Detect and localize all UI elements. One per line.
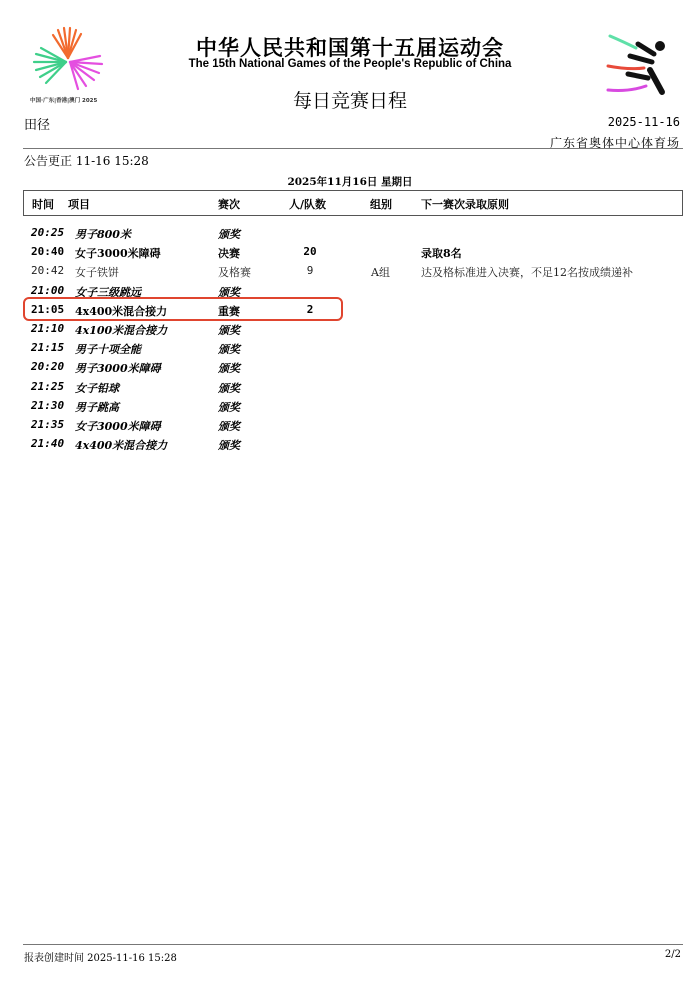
row-event: 4x400米混合接力 — [75, 437, 167, 453]
row-event: 女子3000米障碍 — [75, 245, 161, 261]
day-label: 2025年11月16日 星期日 — [0, 174, 700, 189]
table-row: 20:25男子800米颁奖 — [0, 224, 700, 243]
header-round: 赛次 — [218, 196, 240, 212]
row-round: 颁奖 — [218, 341, 240, 357]
row-event: 男子跳高 — [75, 399, 119, 415]
row-round: 颁奖 — [218, 226, 240, 242]
table-row: 21:30男子跳高颁奖 — [0, 397, 700, 416]
header-event: 项目 — [68, 196, 90, 212]
row-event: 男子十项全能 — [75, 341, 141, 357]
row-event: 女子铅球 — [75, 380, 119, 396]
header-count: 人/队数 — [289, 196, 326, 212]
row-time: 21:30 — [31, 399, 64, 412]
row-round: 颁奖 — [218, 399, 240, 415]
table-row: 21:15男子十项全能颁奖 — [0, 339, 700, 358]
row-round: 及格赛 — [218, 264, 251, 280]
page-title-en: The 15th National Games of the People's … — [0, 58, 700, 70]
row-event: 女子3000米障碍 — [75, 418, 161, 434]
table-row: 21:404x400米混合接力颁奖 — [0, 435, 700, 454]
row-round: 颁奖 — [218, 380, 240, 396]
row-group: A组 — [371, 264, 390, 280]
row-time: 21:15 — [31, 341, 64, 354]
page-number: 2/2 — [665, 949, 681, 960]
row-round: 颁奖 — [218, 322, 240, 338]
table-row: 21:104x100米混合接力颁奖 — [0, 320, 700, 339]
row-event: 男子3000米障碍 — [75, 360, 161, 376]
row-round: 颁奖 — [218, 360, 240, 376]
row-count: 20 — [300, 245, 320, 258]
row-time: 20:20 — [31, 360, 64, 373]
discipline-label: 田径 — [24, 114, 50, 133]
table-row: 20:42女子铁饼及格赛9A组达及格标准进入决赛，不足12名按成绩递补 — [0, 262, 700, 281]
row-time: 21:40 — [31, 437, 64, 450]
row-event: 女子铁饼 — [75, 264, 119, 280]
correction-notice: 公告更正 11-16 15:28 — [24, 152, 149, 169]
schedule-date: 2025-11-16 — [608, 115, 680, 129]
header-qualification-rule: 下一赛次录取原则 — [421, 196, 509, 212]
table-row: 20:20男子3000米障碍颁奖 — [0, 358, 700, 377]
highlight-box — [23, 297, 343, 321]
row-rule: 达及格标准进入决赛，不足12名按成绩递补 — [421, 264, 633, 280]
footer-divider — [23, 944, 683, 945]
row-rule: 录取8名 — [421, 245, 462, 261]
table-row: 21:25女子铅球颁奖 — [0, 378, 700, 397]
header-group: 组别 — [370, 196, 392, 212]
row-time: 20:40 — [31, 245, 64, 258]
row-round: 颁奖 — [218, 437, 240, 453]
header-time: 时间 — [32, 196, 54, 212]
page-subtitle: 每日竞赛日程 — [0, 86, 700, 113]
row-time: 21:00 — [31, 284, 64, 297]
header-divider — [23, 148, 683, 149]
row-time: 21:10 — [31, 322, 64, 335]
report-created-time: 报表创建时间 2025-11-16 15:28 — [24, 949, 177, 964]
row-event: 男子800米 — [75, 226, 131, 242]
row-time: 20:42 — [31, 264, 64, 277]
table-row: 21:35女子3000米障碍颁奖 — [0, 416, 700, 435]
table-row: 20:40女子3000米障碍决赛20录取8名 — [0, 243, 700, 262]
row-round: 决赛 — [218, 245, 240, 261]
row-time: 21:25 — [31, 380, 64, 393]
row-time: 20:25 — [31, 226, 64, 239]
row-time: 21:35 — [31, 418, 64, 431]
table-header: 时间 项目 赛次 人/队数 组别 下一赛次录取原则 — [23, 190, 683, 216]
row-count: 9 — [300, 264, 320, 277]
row-round: 颁奖 — [218, 418, 240, 434]
row-event: 4x100米混合接力 — [75, 322, 167, 338]
